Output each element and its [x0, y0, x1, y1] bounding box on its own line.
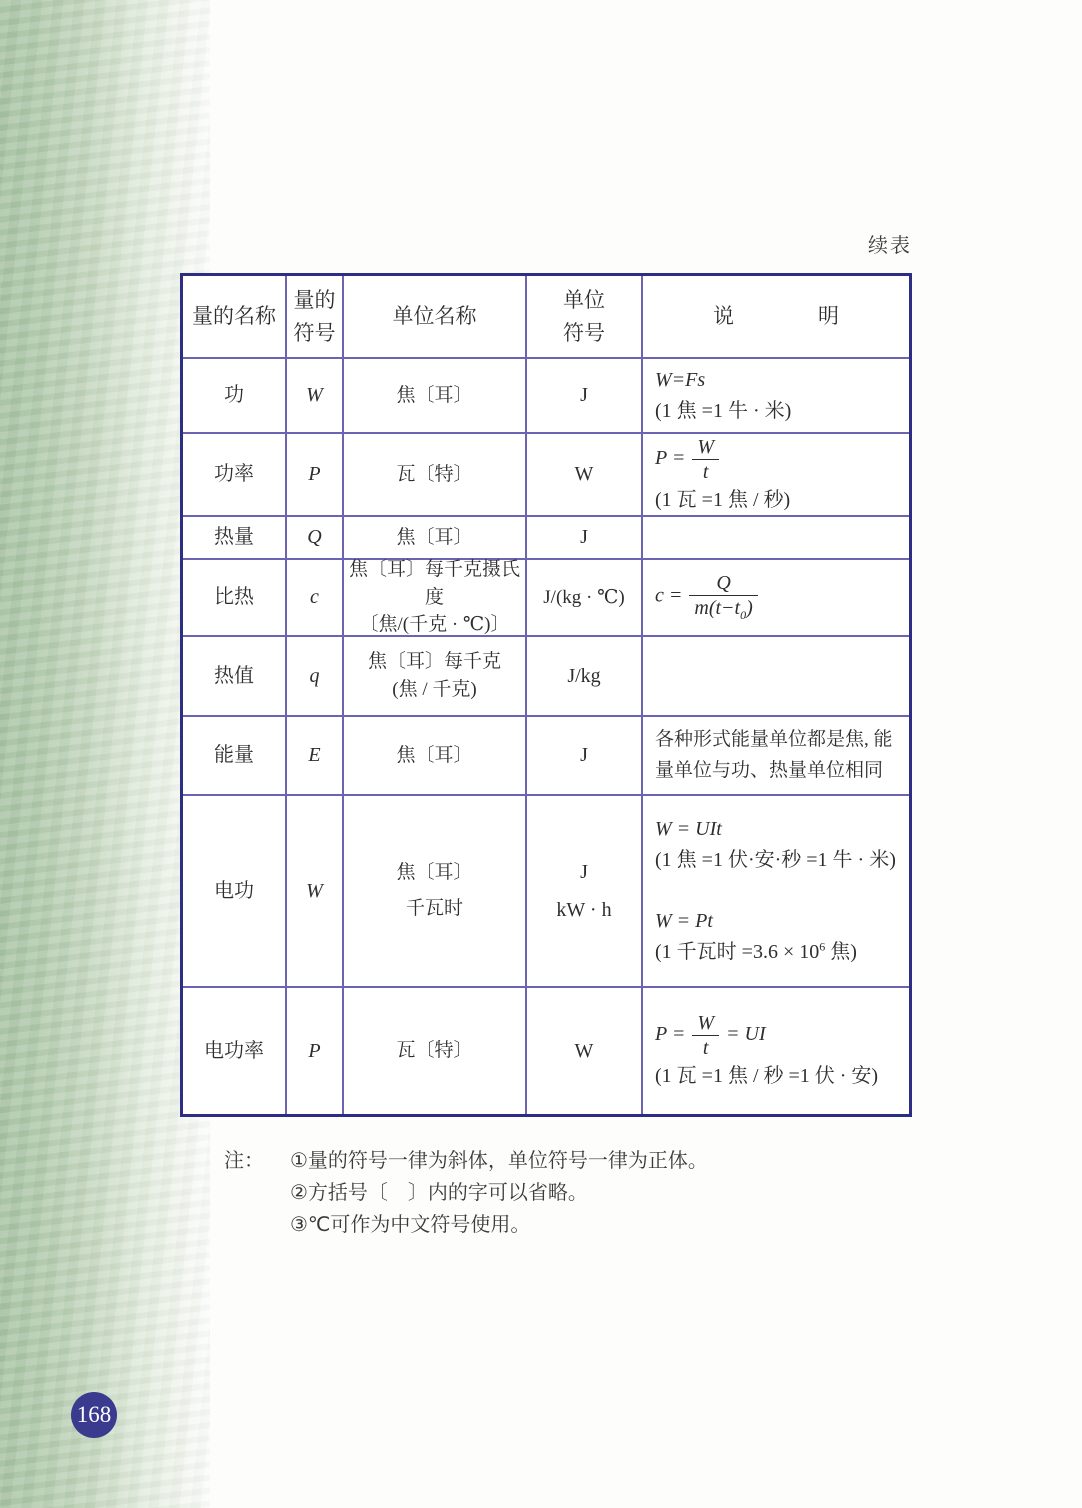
note-item-1: ①量的符号一律为斜体，单位符号一律为正体。: [290, 1146, 844, 1177]
row-electric-work-name: 电功: [183, 796, 287, 988]
row-work-symbol: W: [287, 359, 344, 434]
formula-specific-heat-fraction: Qm(t−t0): [689, 572, 757, 622]
row-heat-symbol: Q: [287, 517, 344, 560]
formula-electric-work-1: W = UIt: [655, 814, 722, 845]
row-electric-work-unit-symbol: J kW · h: [527, 796, 643, 988]
row-specific-heat-symbol: c: [287, 560, 344, 637]
header-quantity-name: 量的名称: [183, 276, 287, 359]
row-energy-symbol: E: [287, 717, 344, 796]
formula-power-equiv: (1 瓦 =1 焦 / 秒): [655, 485, 790, 516]
row-electric-work-unit-name: 焦〔耳〕 千瓦时: [344, 796, 527, 988]
row-heat-value-unit-symbol: J/kg: [527, 637, 643, 717]
row-electric-power-unit-symbol: W: [527, 988, 643, 1114]
formula-electric-work-1-equiv: (1 焦 =1 伏·安·秒 =1 牛 · 米): [655, 845, 896, 876]
fraction-denominator: t: [692, 460, 719, 483]
formula-electric-power-lhs: P =: [655, 1023, 685, 1045]
row-heat-name: 热量: [183, 517, 287, 560]
header-unit-name: 单位名称: [344, 276, 527, 359]
header-unit-symbol: 单位 符号: [527, 276, 643, 359]
formula-power: P = Wt: [655, 434, 721, 485]
notes-items: ①量的符号一律为斜体，单位符号一律为正体。 ②方括号〔 〕内的字可以省略。 ③℃…: [290, 1146, 844, 1242]
formula-electric-work-2-equiv: (1 千瓦时 =3.6 × 106 焦): [655, 937, 857, 968]
row-heat-value-unit-name: 焦〔耳〕每千克 (焦 / 千克): [344, 637, 527, 717]
row-heat-value-explanation: [643, 637, 909, 717]
row-electric-work-explanation: W = UIt (1 焦 =1 伏·安·秒 =1 牛 · 米) W = Pt (…: [643, 796, 909, 988]
header-quantity-symbol: 量的 符号: [287, 276, 344, 359]
row-energy-explanation: 各种形式能量单位都是焦, 能量单位与功、热量单位相同: [643, 717, 909, 796]
formula-power-lhs: P =: [655, 447, 685, 469]
continued-table-label: 续表: [180, 229, 912, 258]
formula-power-fraction: Wt: [692, 436, 719, 483]
formula-electric-power-rhs: = UI: [726, 1023, 766, 1045]
formula-specific-heat: c = Qm(t−t0): [655, 570, 760, 624]
formula-electric-power: P = Wt = UI: [655, 1010, 766, 1061]
page-number-badge: 168: [71, 1392, 117, 1438]
formula-electric-power-fraction: Wt: [692, 1012, 719, 1059]
fraction-numerator: W: [692, 1012, 719, 1036]
row-work-explanation: W=Fs (1 焦 =1 牛 · 米): [643, 359, 909, 434]
denominator-close: ): [746, 597, 753, 619]
fraction-denominator: m(t−t0): [689, 596, 757, 622]
equiv-post: 焦): [825, 941, 857, 963]
row-work-unit-name: 焦〔耳〕: [344, 359, 527, 434]
notes-label: 注：: [224, 1146, 290, 1242]
quantities-units-table: 量的名称 量的 符号 单位名称 单位 符号 说 明 功 W 焦〔耳〕 J W=F…: [180, 273, 912, 1117]
row-electric-power-name: 电功率: [183, 988, 287, 1114]
row-electric-work-symbol: W: [287, 796, 344, 988]
note-item-3: ③℃可作为中文符号使用。: [290, 1210, 844, 1241]
row-energy-unit-symbol: J: [527, 717, 643, 796]
formula-electric-power-equiv: (1 瓦 =1 焦 / 秒 =1 伏 · 安): [655, 1061, 878, 1092]
row-heat-explanation: [643, 517, 909, 560]
row-heat-value-name: 热值: [183, 637, 287, 717]
note-item-2: ②方括号〔 〕内的字可以省略。: [290, 1178, 844, 1209]
row-electric-power-explanation: P = Wt = UI (1 瓦 =1 焦 / 秒 =1 伏 · 安): [643, 988, 909, 1114]
formula-specific-heat-lhs: c =: [655, 585, 682, 607]
left-paper-texture-band: [0, 0, 210, 1508]
formula-electric-work-2: W = Pt: [655, 906, 713, 937]
row-electric-power-symbol: P: [287, 988, 344, 1114]
footnotes: 注： ①量的符号一律为斜体，单位符号一律为正体。 ②方括号〔 〕内的字可以省略。…: [224, 1146, 844, 1242]
fraction-numerator: W: [692, 436, 719, 460]
row-work-name: 功: [183, 359, 287, 434]
row-specific-heat-explanation: c = Qm(t−t0): [643, 560, 909, 637]
row-specific-heat-name: 比热: [183, 560, 287, 637]
row-power-unit-symbol: W: [527, 434, 643, 517]
row-heat-unit-symbol: J: [527, 517, 643, 560]
formula-work-equiv: (1 焦 =1 牛 · 米): [655, 396, 791, 427]
formula-work: W=Fs: [655, 365, 705, 396]
row-specific-heat-unit-symbol: J/(kg · ℃): [527, 560, 643, 637]
row-work-unit-symbol: J: [527, 359, 643, 434]
row-power-name: 功率: [183, 434, 287, 517]
row-energy-name: 能量: [183, 717, 287, 796]
fraction-numerator: Q: [689, 572, 757, 596]
header-explanation: 说 明: [643, 276, 909, 359]
row-power-explanation: P = Wt (1 瓦 =1 焦 / 秒): [643, 434, 909, 517]
row-power-symbol: P: [287, 434, 344, 517]
row-specific-heat-unit-name: 焦〔耳〕每千克摄氏度 〔焦/(千克 · ℃)〕: [344, 560, 527, 637]
equiv-pre: (1 千瓦时 =3.6 × 10: [655, 941, 819, 963]
row-electric-power-unit-name: 瓦〔特〕: [344, 988, 527, 1114]
row-power-unit-name: 瓦〔特〕: [344, 434, 527, 517]
row-energy-unit-name: 焦〔耳〕: [344, 717, 527, 796]
denominator-main: m(t−t: [694, 597, 740, 619]
fraction-denominator: t: [692, 1036, 719, 1059]
row-heat-unit-name: 焦〔耳〕: [344, 517, 527, 560]
row-heat-value-symbol: q: [287, 637, 344, 717]
